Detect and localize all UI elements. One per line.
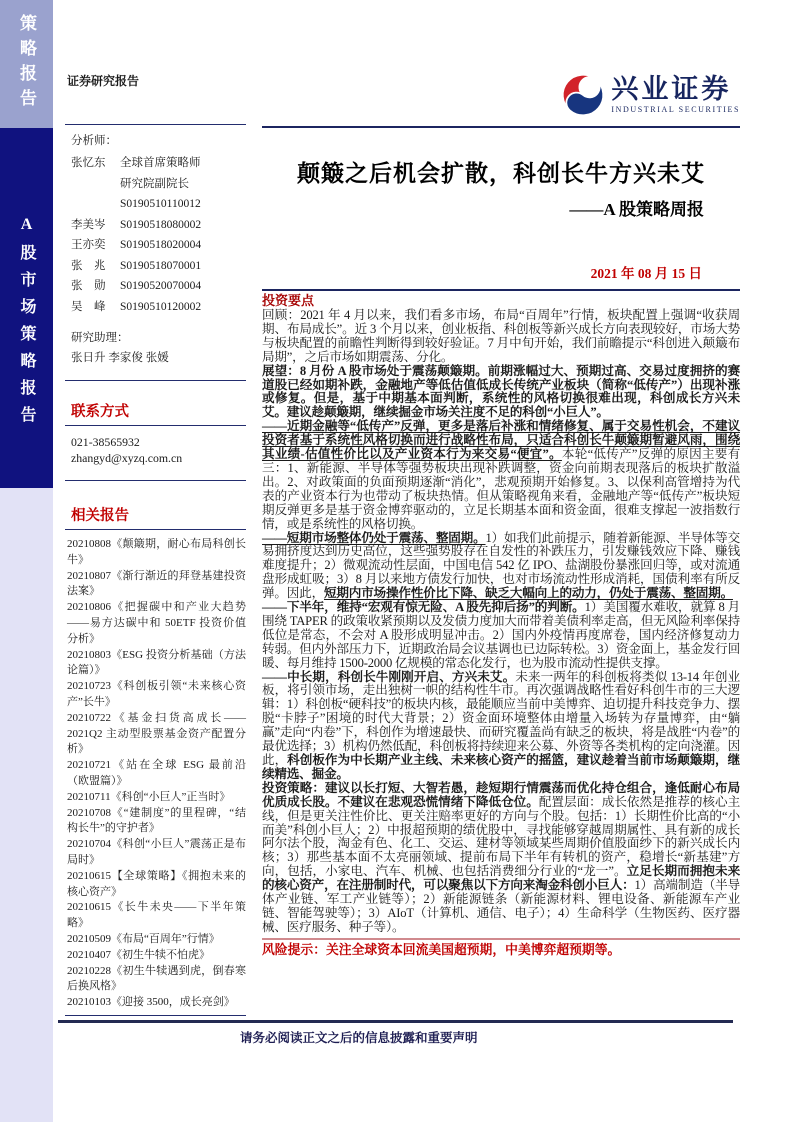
sidebar-divider: [65, 124, 246, 125]
body-paragraphs: 回顾：2021 年 4 月以来，我们看多市场，布局“百周年”行情，板块配置上强调…: [262, 309, 740, 935]
analyst-row: 张忆东全球首席策略师: [71, 153, 246, 174]
sidebar-divider: [65, 1015, 246, 1016]
text-run: 展望：8 月份 A 股市场处于震荡颠簸期。前期涨幅过大、预期过高、交易过度拥挤的…: [262, 364, 740, 420]
sidebar-divider: [65, 480, 246, 481]
analyst-row: 王亦奕S0190518020004: [71, 235, 246, 256]
summary-divider: [262, 289, 740, 291]
sidebar-divider: [65, 529, 246, 530]
contact-title: 联系方式: [71, 405, 246, 420]
analyst-row: S0190510110012: [71, 194, 246, 215]
main-column: 兴业证券 INDUSTRIAL SECURITIES 颠簸之后机会扩散，科创长牛…: [262, 73, 740, 959]
brand: 兴业证券 INDUSTRIAL SECURITIES: [561, 73, 740, 117]
report-list-item: 20210721《站在全球 ESG 最前沿（欧盟篇）》: [67, 758, 246, 790]
side-band-market: A股市场策略报告: [0, 128, 53, 488]
analyst-credential: S0190510110012: [120, 194, 246, 215]
analyst-row: 张 勋S0190520070004: [71, 276, 246, 297]
side-band-strategy: 策略报告: [0, 0, 53, 128]
report-list-item: 20210509《布局“百周年”行情》: [67, 932, 246, 948]
analyst-rows: 张忆东全球首席策略师研究院副院长S0190510110012李美岑S019051…: [65, 153, 246, 317]
brand-name-cn: 兴业证券: [611, 76, 740, 103]
analyst-credential: S0190518020004: [120, 235, 246, 256]
body-paragraph: ——下半年，维持“宏观有惊无险、A 股先抑后扬”的判断。1）美国覆水难收，就算 …: [262, 601, 740, 671]
contact-phone: 021-38565932: [71, 435, 246, 451]
report-list-item: 20210704《科创“小巨人”震荡正是布局时》: [67, 837, 246, 869]
assistants-names: 张日升 李家俊 张媛: [71, 348, 246, 368]
contact-email: zhangyd@xyzq.com.cn: [71, 451, 246, 467]
analyst-credential: S0190518080002: [120, 215, 246, 236]
page-title: 颠簸之后机会扩散，科创长牛方兴未艾: [262, 155, 740, 188]
analyst-name: 张 勋: [71, 276, 120, 297]
risk-warning: 风险提示：关注全球资本回流美国超预期，中美博弈超预期等。: [262, 942, 740, 959]
text-run: 回顾：2021 年 4 月以来，我们看多市场，布局“百周年”行情，板块配置上强调…: [262, 308, 740, 364]
related-reports-title: 相关报告: [71, 509, 246, 524]
report-list-item: 20210708《“建制度”的里程碑，“结构长牛”的守护者》: [67, 806, 246, 838]
text-run: ——中长期，科创长牛刚刚开启、方兴未艾。: [262, 670, 515, 684]
report-type-label: 证券研究报告: [67, 74, 246, 89]
summary-label: 投资要点: [262, 292, 740, 309]
report-list-item: 20210615【全球策略】《拥抱未来的核心资产》: [67, 869, 246, 901]
brand-text: 兴业证券 INDUSTRIAL SECURITIES: [611, 76, 740, 114]
text-run: ——短期市场整体仍处于震荡、整固期。: [262, 531, 486, 545]
side-tag-a-share-market: A股市场策略报告: [15, 216, 38, 433]
analyst-row: 李美岑S0190518080002: [71, 215, 246, 236]
sidebar-divider: [65, 380, 246, 381]
report-list-item: 20210228《初生牛犊遇到虎，倒春寒后换风格》: [67, 964, 246, 996]
header-divider: [262, 126, 740, 128]
report-list-item: 20210723《科创板引领“未来核心资产”长牛》: [67, 679, 246, 711]
report-list-item: 20210803《ESG 投资分析基础（方法论篇）》: [67, 648, 246, 680]
body-paragraph: 展望：8 月份 A 股市场处于震荡颠簸期。前期涨幅过大、预期过高、交易过度拥挤的…: [262, 365, 740, 421]
body-paragraph: ——中长期，科创长牛刚刚开启、方兴未艾。未来一两年的科创板将类似 13-14 年…: [262, 671, 740, 782]
text-run: ——下半年，维持“宏观有惊无险、A 股先抑后扬”的判断。: [262, 600, 585, 614]
report-list-item: 20210807《渐行渐近的拜登基建投资法案》: [67, 569, 246, 601]
analyst-credential: S0190510120002: [120, 297, 246, 318]
text-run: 科创板作为中长期产业主线、未来核心资产的摇篮，建议趁着当前市场颠簸期，继续精选、…: [262, 753, 740, 781]
page-subtitle: ——A 股策略周报: [262, 195, 740, 220]
analyst-credential: 全球首席策略师: [120, 153, 246, 174]
body-paragraph: ——近期金融等“低传产”反弹，更多是落后补涨和情绪修复、属于交易性机会，不建议投…: [262, 420, 740, 531]
analyst-name: 王亦奕: [71, 235, 120, 256]
analyst-name: 吴 峰: [71, 297, 120, 318]
brand-header: 兴业证券 INDUSTRIAL SECURITIES: [262, 73, 740, 126]
report-list-item: 20210407《初生牛犊不怕虎》: [67, 948, 246, 964]
analyst-credential: S0190518070001: [120, 256, 246, 277]
text-run: 短期内市场操作性价比下降、缺乏大幅向上的动力，仍处于震荡、整固期。: [324, 586, 733, 600]
footer-disclaimer: 请务必阅读正文之后的信息披露和重要声明: [240, 1028, 478, 1046]
analyst-name: 张 兆: [71, 256, 120, 277]
analyst-name: [71, 194, 120, 215]
report-list-item: 20210722《基金扫货高成长——2021Q2 主动型股票基金资产配置分析》: [67, 711, 246, 758]
report-list: 20210808《颠簸期，耐心布局科创长牛》20210807《渐行渐近的拜登基建…: [65, 537, 246, 1011]
analyst-row: 吴 峰S0190510120002: [71, 297, 246, 318]
report-date: 2021 年 08 月 15 日: [262, 262, 740, 282]
body-paragraph: ——短期市场整体仍处于震荡、整固期。1）如我们此前提示，随着新能源、半导体等交易…: [262, 532, 740, 602]
report-list-item: 20210808《颠簸期，耐心布局科创长牛》: [67, 537, 246, 569]
report-list-item: 20210711《科创“小巨人”正当时》: [67, 790, 246, 806]
footer-divider: [58, 1020, 733, 1023]
assistants-label: 研究助理：: [71, 331, 246, 346]
report-list-item: 20210615《长牛未央——下半年策略》: [67, 900, 246, 932]
report-list-item: 20210103《迎接 3500，成长亮剑》: [67, 995, 246, 1011]
sidebar-divider: [65, 425, 246, 426]
sidebar: 证券研究报告 分析师： 张忆东全球首席策略师研究院副院长S01905101100…: [65, 74, 246, 1016]
body-paragraph: 回顾：2021 年 4 月以来，我们看多市场，布局“百周年”行情，板块配置上强调…: [262, 309, 740, 365]
analyst-name: 李美岑: [71, 215, 120, 236]
side-tag-strategy-report: 策略报告: [14, 14, 39, 114]
side-band-bottom: [0, 488, 53, 1122]
report-list-item: 20210806《把握碳中和产业大趋势——易方达碳中和 50ETF 投资价值分析…: [67, 600, 246, 647]
analyst-name: 张忆东: [71, 153, 120, 174]
contact-block: 021-38565932 zhangyd@xyzq.com.cn: [71, 435, 246, 466]
analyst-credential: 研究院副院长: [120, 174, 246, 195]
analysts-label: 分析师：: [71, 134, 246, 149]
risk-divider: [262, 938, 740, 940]
analyst-row: 研究院副院长: [71, 174, 246, 195]
analyst-credential: S0190520070004: [120, 276, 246, 297]
body-paragraph: 投资策略：建议以长打短、大智若愚，趁短期行情震荡而优化持仓组合，逢低耐心布局优质…: [262, 782, 740, 935]
analyst-name: [71, 174, 120, 195]
brand-logo-icon: [561, 73, 605, 117]
analyst-row: 张 兆S0190518070001: [71, 256, 246, 277]
brand-name-en: INDUSTRIAL SECURITIES: [611, 106, 740, 114]
